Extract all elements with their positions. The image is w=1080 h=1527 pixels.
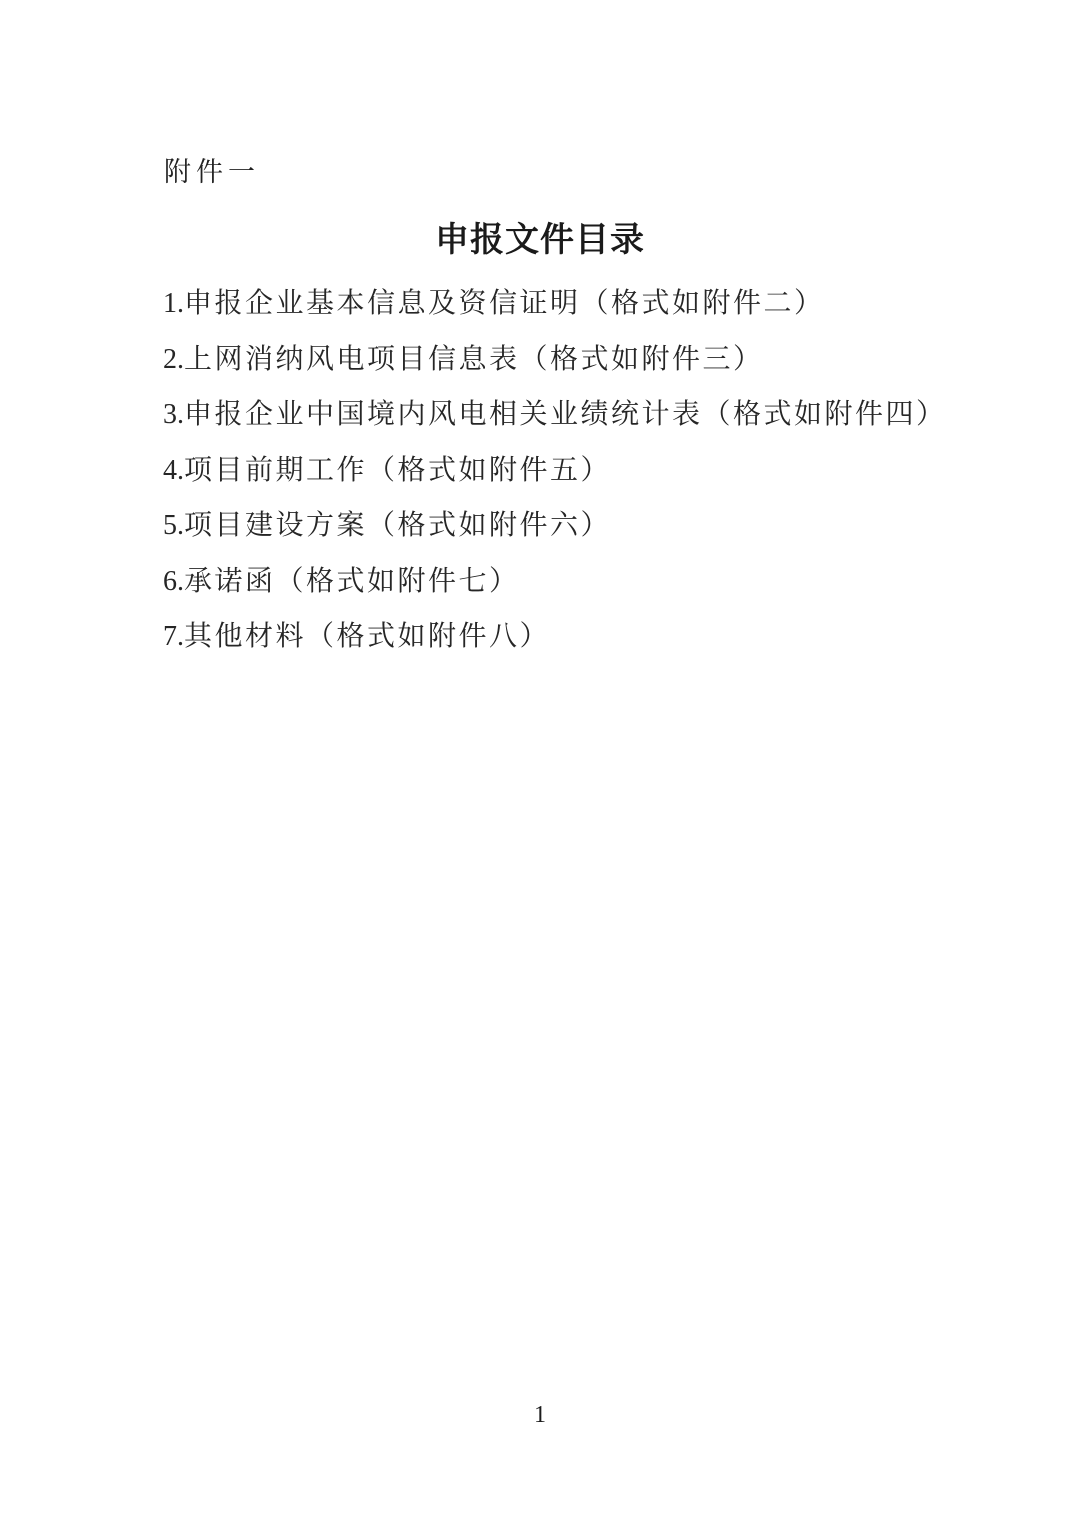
toc-item-text: 项目前期工作（格式如附件五） xyxy=(184,455,611,486)
toc-item-text: 其他材料（格式如附件八） xyxy=(184,621,550,652)
toc-item-number: 3. xyxy=(163,399,184,430)
toc-item-number: 7. xyxy=(163,621,184,652)
page-number: 1 xyxy=(0,1402,1080,1429)
toc-item-number: 2. xyxy=(163,344,184,375)
toc-item-3: 3.申报企业中国境内风电相关业绩统计表（格式如附件四） xyxy=(163,387,960,443)
toc-item-5: 5.项目建设方案（格式如附件六） xyxy=(163,498,960,554)
toc-item-number: 5. xyxy=(163,510,184,541)
toc-item-text: 项目建设方案（格式如附件六） xyxy=(184,510,611,541)
toc-item-text: 承诺函（格式如附件七） xyxy=(184,566,520,597)
toc-item-text: 申报企业中国境内风电相关业绩统计表（格式如附件四） xyxy=(184,399,947,430)
toc-item-number: 4. xyxy=(163,455,184,486)
page-title: 申报文件目录 xyxy=(0,212,1080,261)
toc-list: 1.申报企业基本信息及资信证明（格式如附件二） 2.上网消纳风电项目信息表（格式… xyxy=(163,276,960,665)
toc-item-number: 1. xyxy=(163,288,184,319)
toc-item-2: 2.上网消纳风电项目信息表（格式如附件三） xyxy=(163,332,960,388)
toc-item-text: 申报企业基本信息及资信证明（格式如附件二） xyxy=(184,288,825,319)
toc-item-4: 4.项目前期工作（格式如附件五） xyxy=(163,443,960,499)
attachment-label: 附件一 xyxy=(164,150,260,189)
document-page: 附件一 申报文件目录 1.申报企业基本信息及资信证明（格式如附件二） 2.上网消… xyxy=(0,0,1080,1527)
toc-item-7: 7.其他材料（格式如附件八） xyxy=(163,609,960,665)
toc-item-6: 6.承诺函（格式如附件七） xyxy=(163,554,960,610)
toc-item-text: 上网消纳风电项目信息表（格式如附件三） xyxy=(184,344,764,375)
toc-item-1: 1.申报企业基本信息及资信证明（格式如附件二） xyxy=(163,276,960,332)
toc-item-number: 6. xyxy=(163,566,184,597)
